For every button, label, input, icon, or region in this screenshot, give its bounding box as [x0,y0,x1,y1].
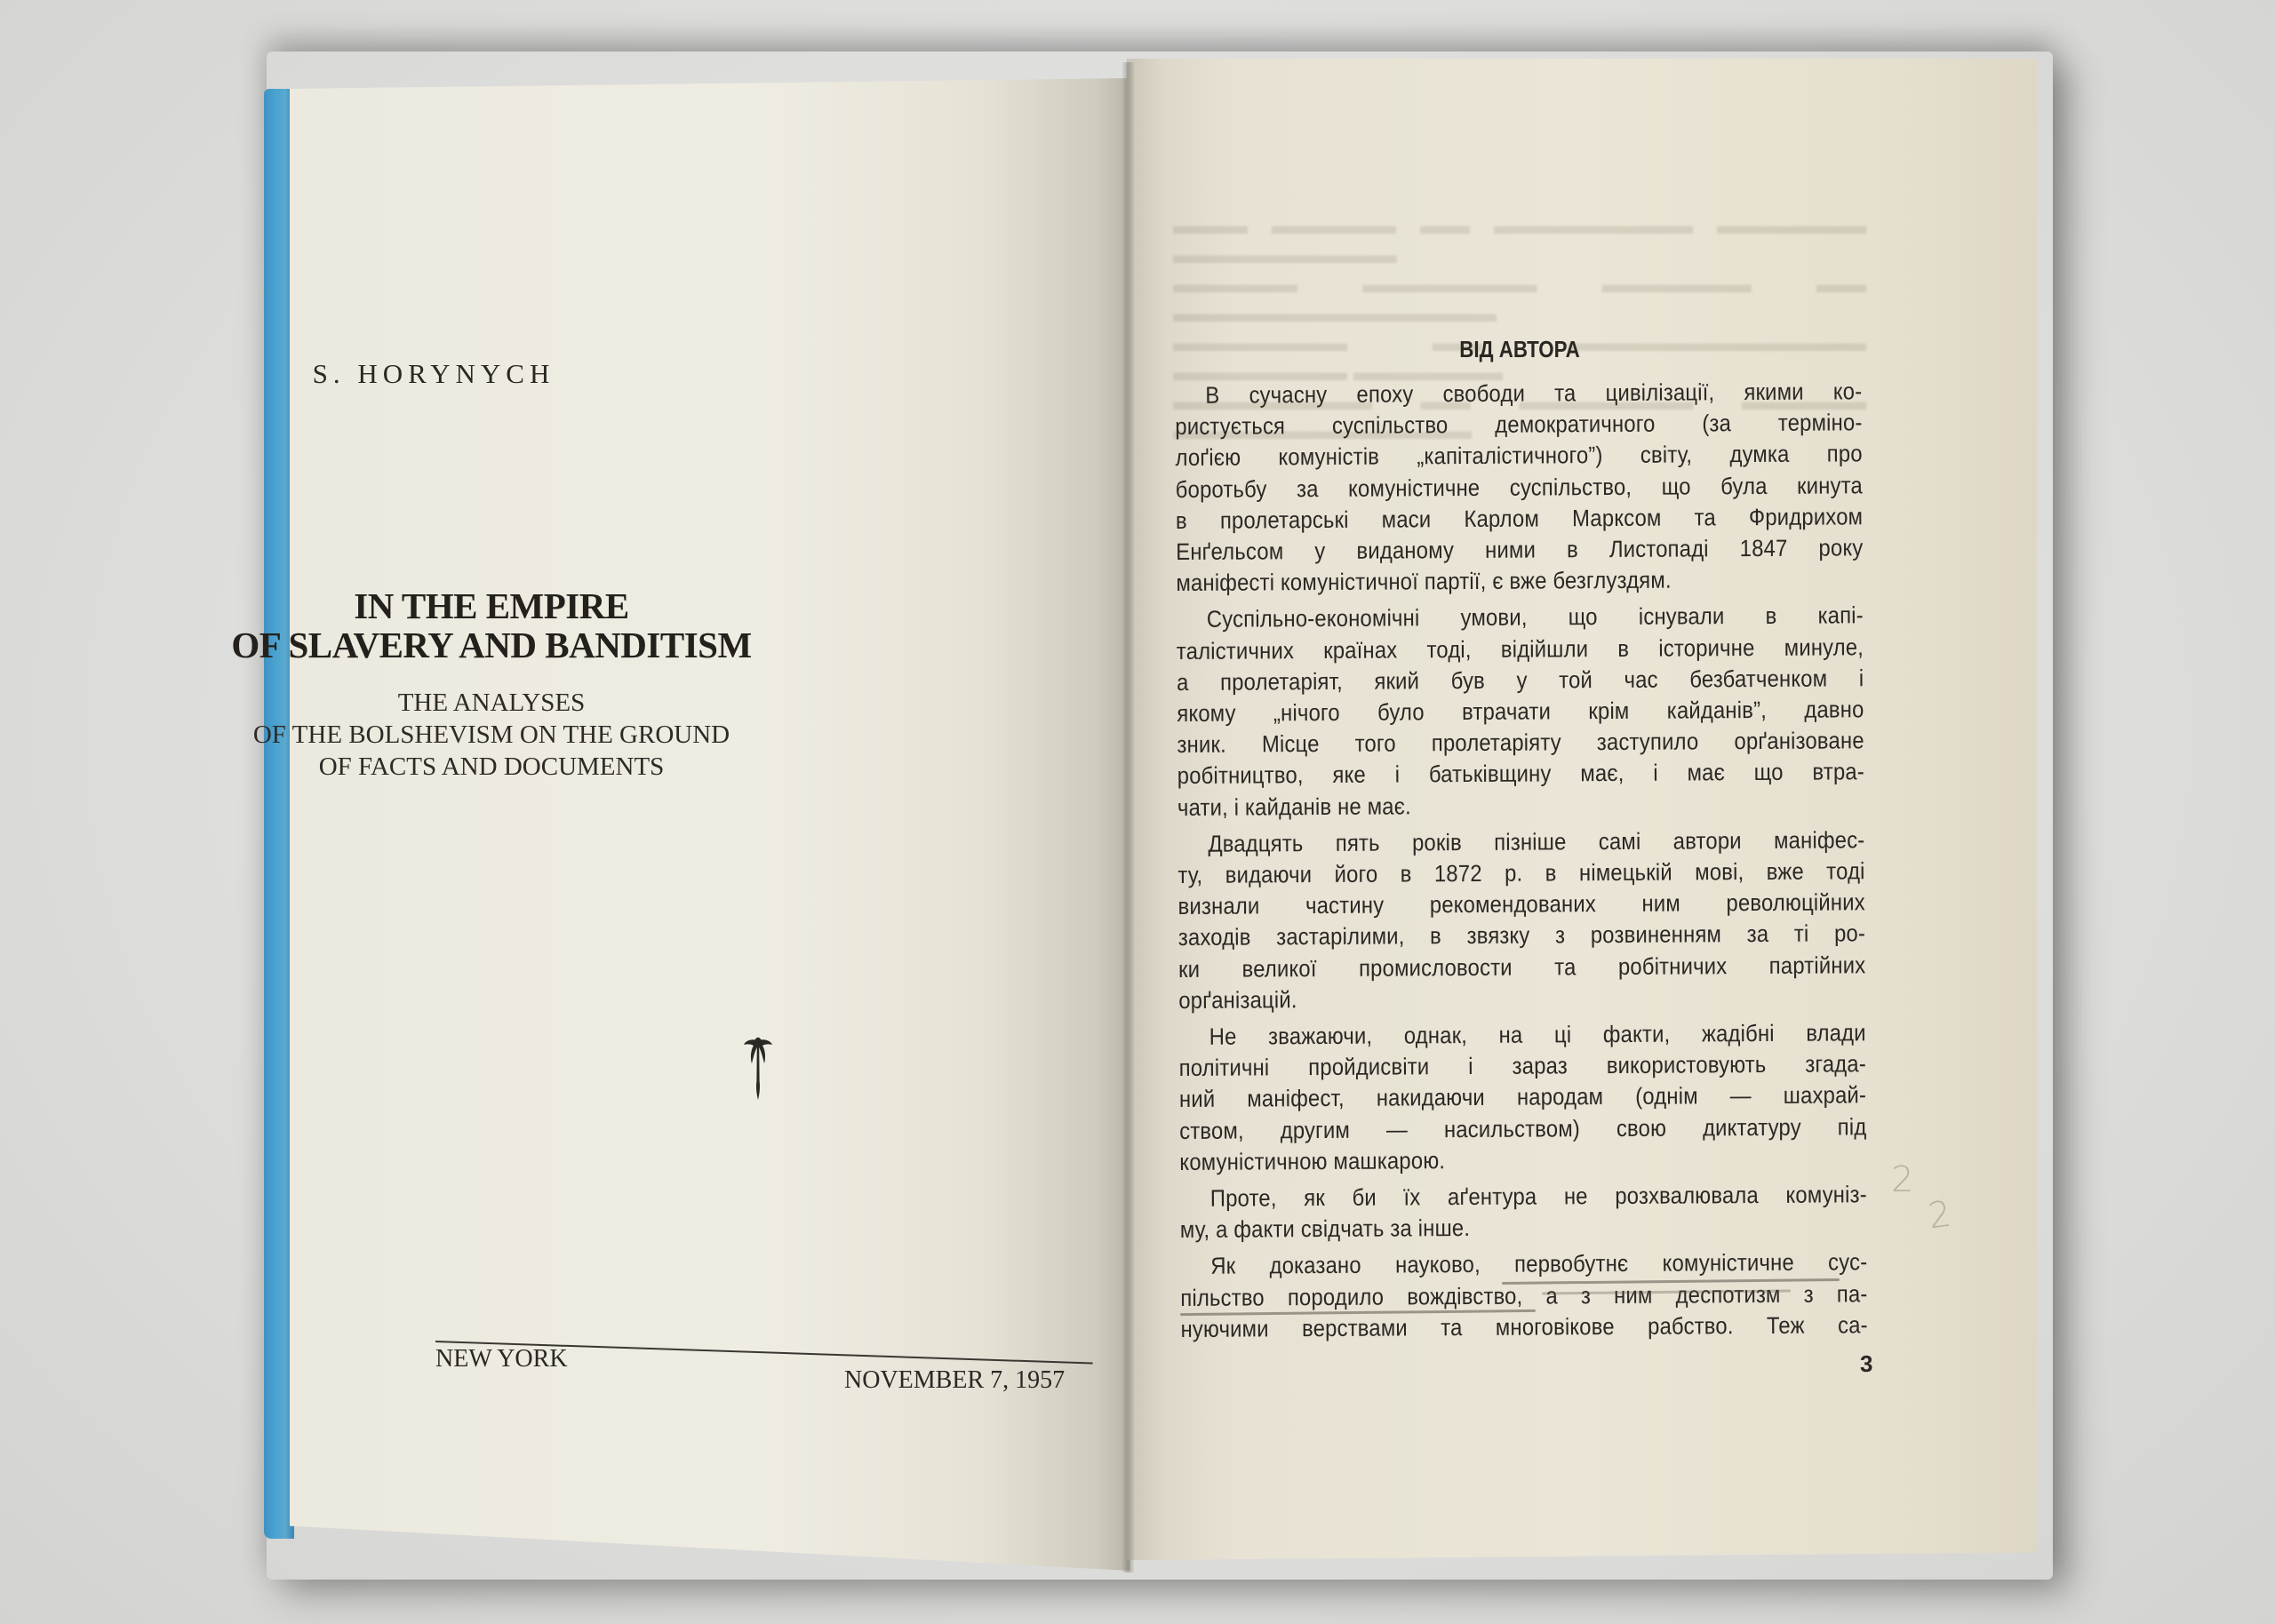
text-line: в пролетарські маси Карлом Марксом та Фр… [1176,501,1863,537]
text-line: лоґією комуністів „капіталістичного”) св… [1175,439,1862,474]
text-line: Проте, як би їх аґентура не розхвалювала… [1180,1179,1867,1214]
paragraph: Не зважаючи, однак, на ці факти, жадібні… [1178,1017,1867,1178]
text-line: Двадцять пять років пізніше самі автори … [1177,824,1864,860]
text-line: зник. Місце того пролетаріяту заступило … [1177,726,1864,761]
pencil-annotation: 2 [1891,1159,1913,1200]
text-line: Як доказано науково, первобутнє комуніст… [1180,1247,1867,1283]
title-page [290,78,1130,1571]
text-line: Суспільно-економічні умови, що існували … [1177,601,1864,636]
text-line: орґанізацій. [1178,981,1865,1016]
text-line: ристується суспільство демократичного (з… [1175,407,1862,442]
paragraph: Двадцять пять років пізніше самі автори … [1177,824,1866,1016]
text-line: чати, і кайданів не має. [1177,788,1864,824]
text-line: боротьбу за комуністичне суспільство, що… [1176,470,1863,506]
subtitle-line: OF THE BOLSHEVISM ON THE GROUND [203,719,780,751]
text-line: му, а факти свідчать за інше. [1180,1211,1867,1246]
text-line: робітництво, яке і батьківщину має, і ма… [1177,757,1864,792]
text-line: ту, видаючи його в 1872 р. в німецькій м… [1177,856,1864,891]
text-line: ки великої промисловости та робітничих п… [1178,950,1865,985]
blue-cover-edge [264,89,294,1539]
title-line: IN THE EMPIRE [203,586,780,625]
fleuron-ornament-icon [740,1035,776,1102]
text-line: якому „нічого було втрачати крім кайдані… [1177,694,1864,729]
text-line: а пролетаріят, який був у той час безбат… [1177,663,1864,698]
subtitle-line: OF FACTS AND DOCUMENTS [203,751,780,783]
imprint-city: NEW YORK [435,1345,568,1373]
title-line: OF SLAVERY AND BANDITISM [203,625,780,665]
paragraph: Суспільно-економічні умови, що існували … [1177,601,1865,824]
author-name: S. HORYNYCH [0,358,789,390]
text-line: Енґельсом у виданому ними в Листопаді 18… [1176,532,1863,568]
text-line: маніфесті комуністичної партії, є вже бе… [1176,563,1863,599]
text-line: Не зважаючи, однак, на ці факти, жадібні… [1178,1017,1865,1053]
paragraph: Проте, як би їх аґентура не розхвалювала… [1180,1179,1868,1246]
foreword-body: В сучасну епоху свободи та цивілізації, … [1175,376,1869,1350]
text-line: комуністичною машкарою. [1179,1142,1866,1178]
text-line: заходів застарілими, в звязку з розвинен… [1178,919,1865,954]
page-number: 3 [1860,1350,1872,1378]
text-line: нуючими верствами та многовікове рабство… [1180,1310,1867,1345]
book-gutter [1122,62,1134,1572]
text-line: В сучасну епоху свободи та цивілізації, … [1175,376,1862,411]
imprint-date: NOVEMBER 7, 1957 [844,1366,1065,1395]
subtitle-line: THE ANALYSES [203,687,780,719]
book-subtitle: THE ANALYSES OF THE BOLSHEVISM ON THE GR… [203,687,780,783]
text-line: політичні пройдисвіти і зараз використов… [1179,1049,1866,1085]
paragraph: В сучасну епоху свободи та цивілізації, … [1175,376,1864,599]
foreword-heading: ВІД АВТОРА [1222,336,1818,363]
text-line: визнали частину рекомендованих ним револ… [1178,888,1865,923]
paragraph: Як доказано науково, первобутнє комуніст… [1180,1247,1869,1345]
book-title: IN THE EMPIRE OF SLAVERY AND BANDITISM [203,586,780,665]
text-line: ством, другим — насильством) свою диктат… [1179,1111,1866,1147]
text-line: ний маніфест, накидаючи народам (однім —… [1179,1080,1866,1116]
text-line: талістичних країнах тоді, відійшли в іст… [1177,632,1864,667]
